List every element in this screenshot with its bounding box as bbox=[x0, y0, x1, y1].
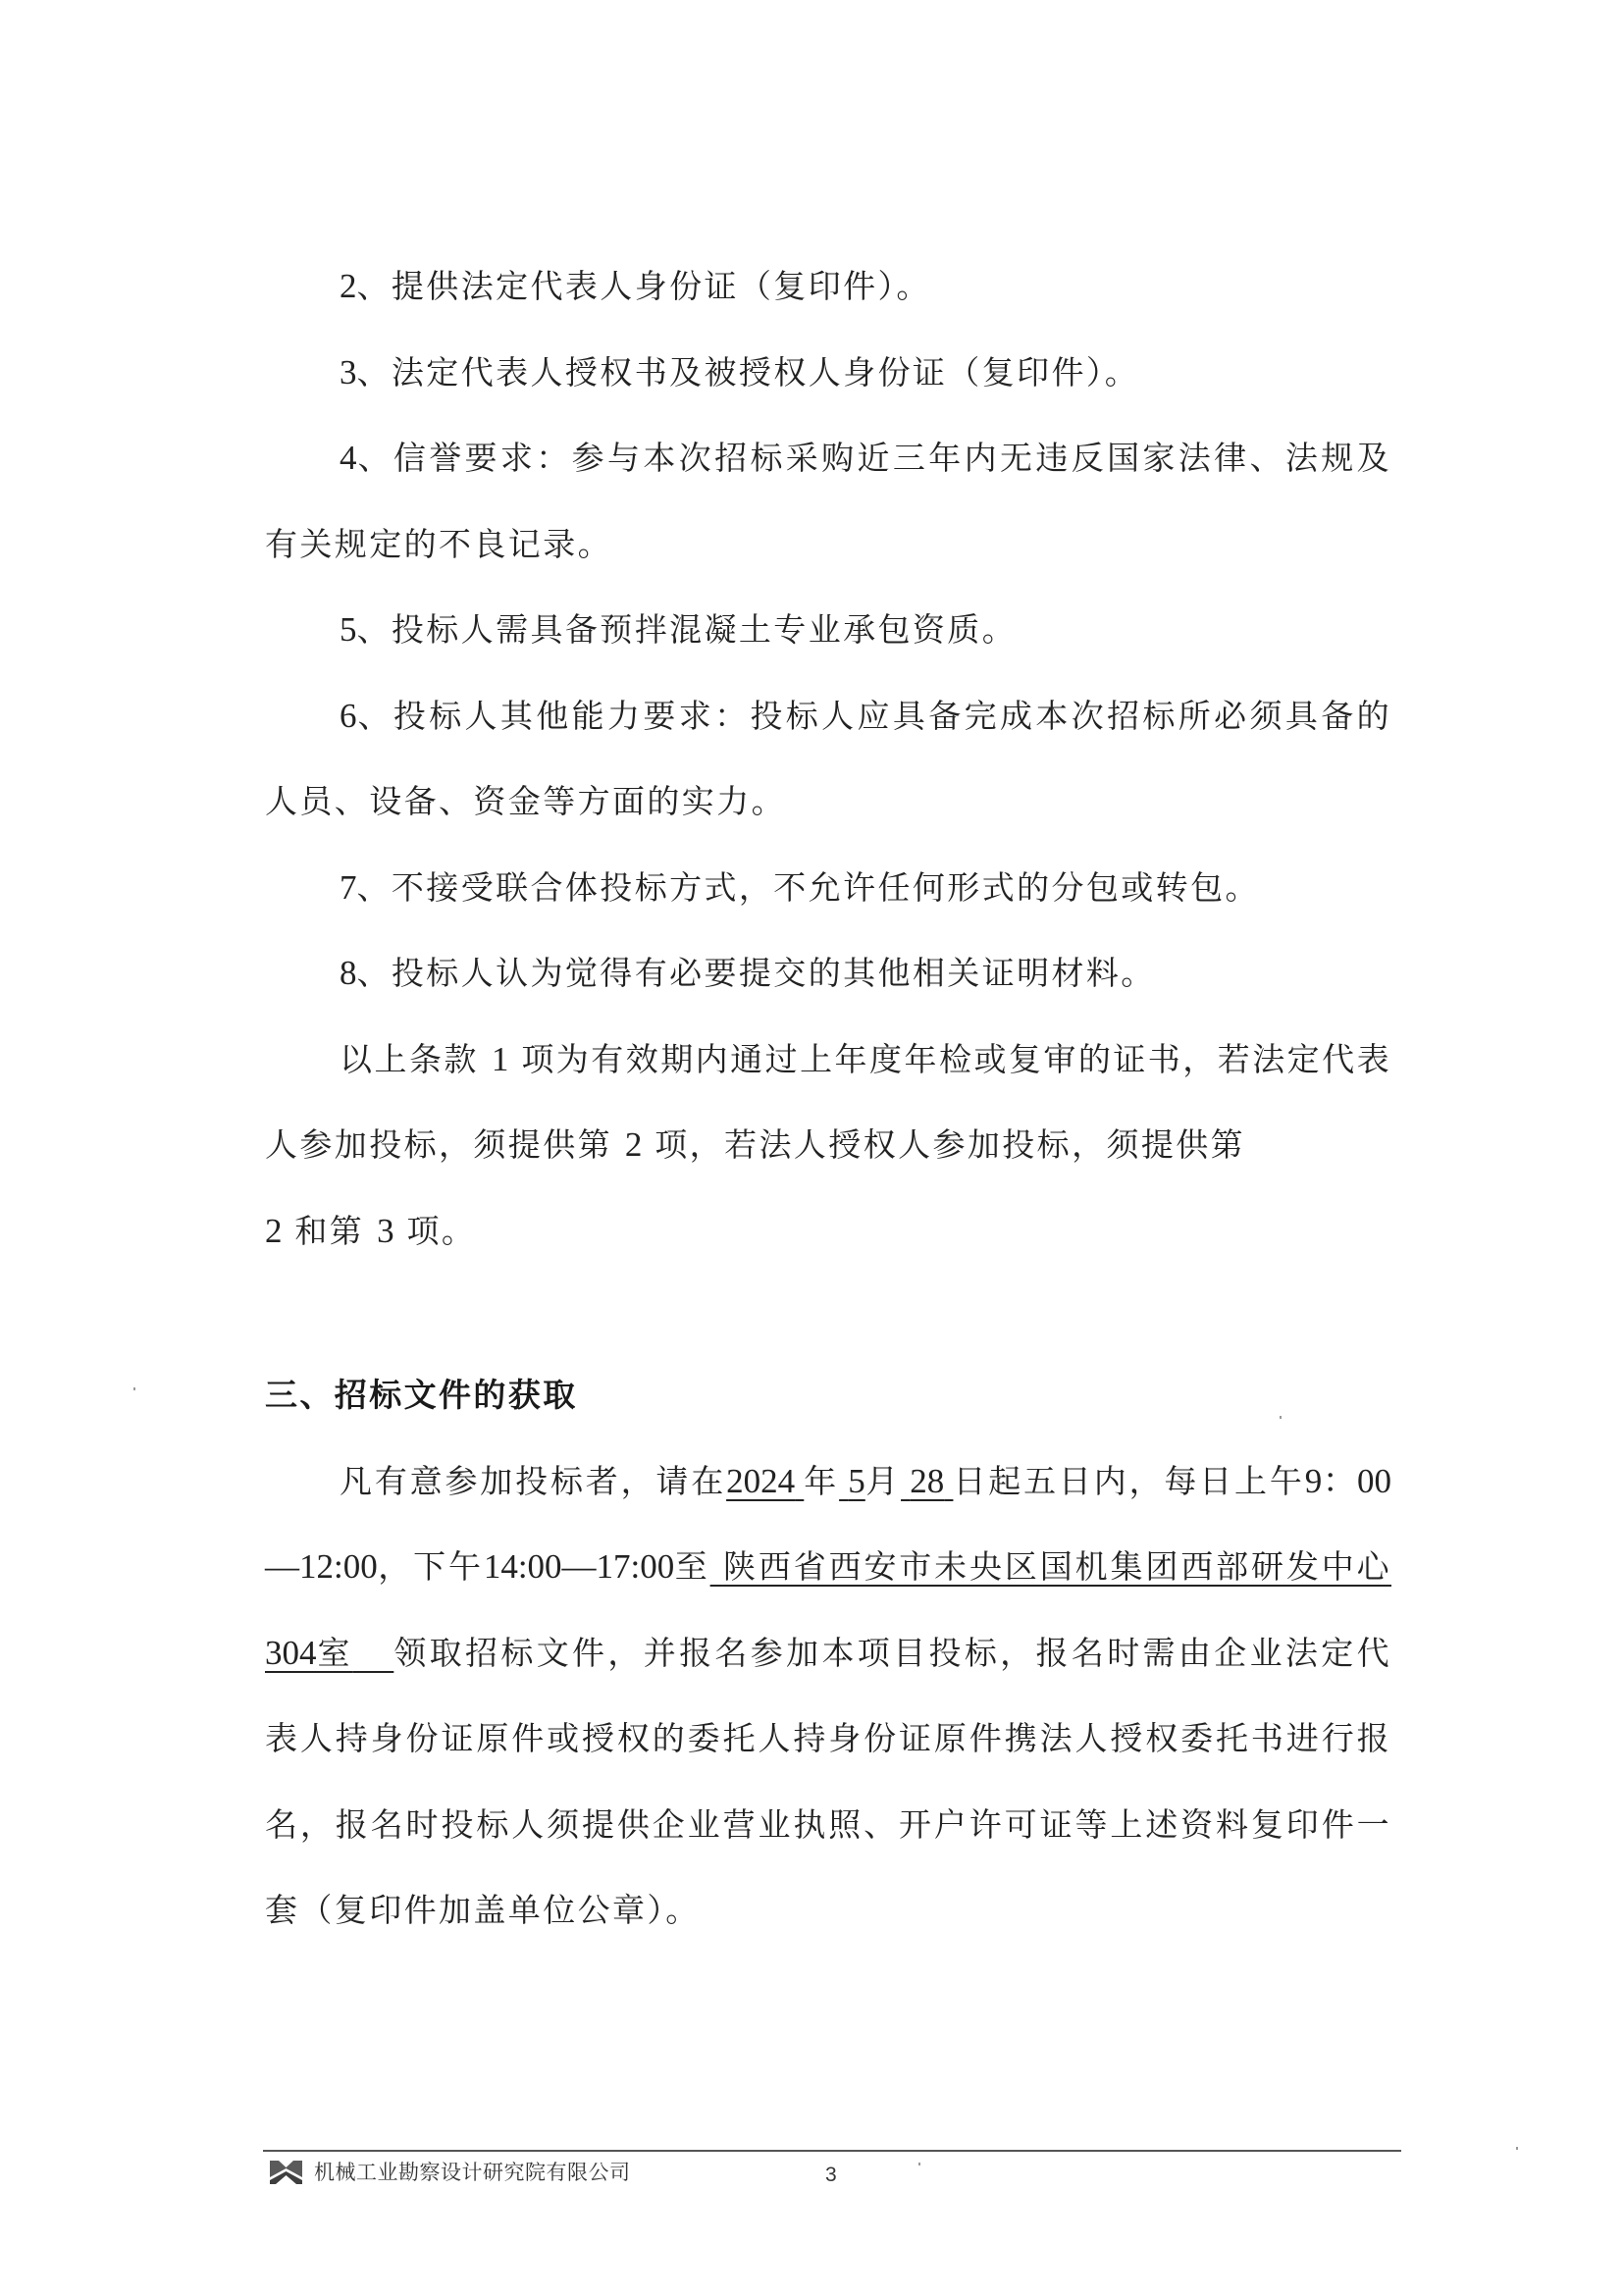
item-text: 提供法定代表人身份证（复印件）。 bbox=[392, 267, 931, 305]
address-text: 室 bbox=[317, 1634, 353, 1672]
list-item: 5、投标人需具备预拌混凝土专业承包资质。 bbox=[265, 587, 1391, 673]
item-separator: 、 bbox=[357, 439, 393, 477]
item-separator: 、 bbox=[357, 697, 393, 735]
scan-speck bbox=[1280, 1416, 1282, 1419]
paragraph-text: 至 bbox=[674, 1547, 709, 1586]
section-paragraph: 凡有意参加投标者，请在2024 年 5月 28 日起五日内，每日上午9：00—1… bbox=[265, 1438, 1391, 1954]
scan-speck bbox=[133, 1387, 135, 1390]
paragraph-text: 领取招标文件，并报名参加本项目投标，报名时需由企业法定代表人持身份证原件或授权的… bbox=[265, 1634, 1391, 1930]
note-number: 2 bbox=[265, 1212, 283, 1250]
item-text: 投标人认为觉得有必要提交的其他相关证明材料。 bbox=[392, 954, 1156, 992]
item-text: 信誉要求：参与本次招标采购近三年内无违反国家法律、法规及有关规定的不良记录。 bbox=[265, 439, 1391, 563]
paragraph-text: 日起五日内，每日上午 bbox=[953, 1462, 1304, 1500]
item-number: 8 bbox=[340, 954, 357, 992]
note-text: 项。 bbox=[406, 1212, 476, 1250]
list-item: 2、提供法定代表人身份证（复印件）。 bbox=[265, 243, 1391, 330]
note-number: 2 bbox=[625, 1125, 643, 1164]
item-separator: 、 bbox=[357, 267, 392, 305]
month-value: 5 bbox=[839, 1462, 865, 1500]
page-number: 3 bbox=[825, 2164, 837, 2187]
item-separator: 、 bbox=[357, 610, 392, 649]
list-item: 8、投标人认为觉得有必要提交的其他相关证明材料。 bbox=[265, 930, 1391, 1017]
paragraph-text: 凡有意参加投标者，请在 bbox=[340, 1462, 726, 1500]
item-number: 7 bbox=[340, 868, 357, 907]
section-heading: 三、招标文件的获取 bbox=[265, 1352, 1391, 1438]
note-text: 项，若法人授权人参加投标，须提供第 bbox=[654, 1125, 1245, 1164]
note-text: 和第 bbox=[294, 1212, 364, 1250]
item-separator: 、 bbox=[357, 868, 392, 907]
item-text: 投标人需具备预拌混凝土专业承包资质。 bbox=[392, 610, 1017, 649]
paragraph-text: 年 bbox=[804, 1462, 839, 1500]
afternoon-time: 14:00—17:00 bbox=[484, 1547, 674, 1586]
paragraph-text: 月 bbox=[865, 1462, 901, 1500]
scan-speck bbox=[1516, 2147, 1518, 2150]
footer-divider bbox=[263, 2150, 1401, 2152]
footer: 机械工业勘察设计研究院有限公司 bbox=[268, 2157, 631, 2186]
item-number: 3 bbox=[340, 353, 357, 391]
item-separator: 、 bbox=[357, 353, 392, 391]
item-number: 6 bbox=[340, 697, 357, 735]
paragraph-text: ，下午 bbox=[378, 1547, 484, 1586]
year-value: 2024 bbox=[726, 1462, 804, 1500]
item-number: 4 bbox=[340, 439, 357, 477]
address-text: 陕西省西安市未央区国机集团西部研发中心 bbox=[723, 1547, 1391, 1586]
year-text: 2024 bbox=[726, 1462, 795, 1500]
note-number: 3 bbox=[377, 1212, 394, 1250]
item-text: 法定代表人授权书及被授权人身份证（复印件）。 bbox=[392, 353, 1139, 391]
room-number: 304 bbox=[265, 1634, 317, 1672]
month-text: 5 bbox=[848, 1462, 865, 1500]
list-item: 3、法定代表人授权书及被授权人身份证（复印件）。 bbox=[265, 330, 1391, 416]
requirements-note: 以上条款 1 项为有效期内通过上年度年检或复审的证书，若法定代表人参加投标，须提… bbox=[265, 1017, 1391, 1275]
list-item: 7、不接受联合体投标方式，不允许任何形式的分包或转包。 bbox=[265, 845, 1391, 931]
scan-speck bbox=[918, 2163, 920, 2166]
note-text: 以上条款 bbox=[340, 1040, 479, 1078]
list-item: 4、信誉要求：参与本次招标采购近三年内无违反国家法律、法规及有关规定的不良记录。 bbox=[265, 415, 1391, 587]
item-number: 5 bbox=[340, 610, 357, 649]
company-logo-icon bbox=[268, 2159, 304, 2185]
item-separator: 、 bbox=[357, 954, 392, 992]
note-number: 1 bbox=[492, 1040, 509, 1078]
item-text: 投标人其他能力要求：投标人应具备完成本次招标所必须具备的人员、设备、资金等方面的… bbox=[265, 697, 1391, 821]
day-text: 28 bbox=[910, 1462, 944, 1500]
day-value: 28 bbox=[901, 1462, 953, 1500]
document-body: 2、提供法定代表人身份证（复印件）。 3、法定代表人授权书及被授权人身份证（复印… bbox=[265, 243, 1391, 1954]
footer-company-name: 机械工业勘察设计研究院有限公司 bbox=[314, 2157, 631, 2186]
item-text: 不接受联合体投标方式，不允许任何形式的分包或转包。 bbox=[392, 868, 1260, 907]
list-item: 6、投标人其他能力要求：投标人应具备完成本次招标所必须具备的人员、设备、资金等方… bbox=[265, 673, 1391, 845]
item-number: 2 bbox=[340, 267, 357, 305]
